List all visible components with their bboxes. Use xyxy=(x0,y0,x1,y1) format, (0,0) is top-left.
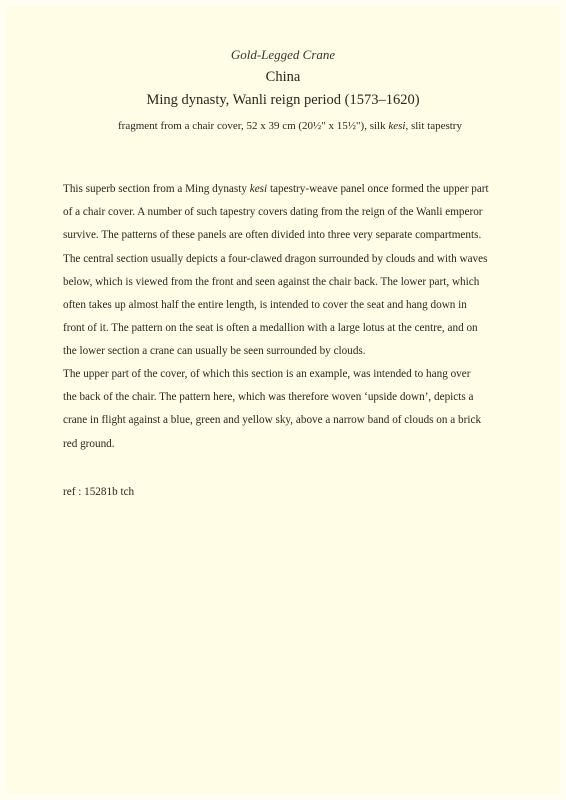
description-paragraph-1: This superb section from a Ming dynasty … xyxy=(63,178,523,364)
paragraph-line: survive. The patterns of these panels ar… xyxy=(63,224,523,247)
description-paragraph-2: The upper part of the cover, of which th… xyxy=(63,363,523,456)
paragraph-line: The central section usually depicts a fo… xyxy=(63,248,523,271)
line-text: This superb section from a Ming dynasty xyxy=(63,183,250,195)
object-specification: fragment from a chair cover, 52 x 39 cm … xyxy=(20,120,560,132)
paragraph-line: front of it. The pattern on the seat is … xyxy=(63,317,523,340)
paragraph-line: red ground. xyxy=(63,433,523,456)
paragraph-line: The upper part of the cover, of which th… xyxy=(63,363,523,386)
paragraph-line: often takes up almost half the entire le… xyxy=(63,294,523,317)
dynasty-period: Ming dynasty, Wanli reign period (1573–1… xyxy=(6,92,560,109)
paragraph-line: the lower section a crane can usually be… xyxy=(63,340,523,363)
line-text: tapestry-weave panel once formed the upp… xyxy=(267,183,488,195)
paragraph-line: This superb section from a Ming dynasty … xyxy=(63,178,523,201)
artwork-title: Gold-Legged Crane xyxy=(6,47,560,63)
reference-number: ref : 15281b tch xyxy=(63,486,134,498)
paragraph-line: the back of the chair. The pattern here,… xyxy=(63,386,523,409)
paragraph-line: crane in flight against a blue, green an… xyxy=(63,409,523,432)
paragraph-line: of a chair cover. A number of such tapes… xyxy=(63,201,523,224)
paragraph-line: below, which is viewed from the front an… xyxy=(63,271,523,294)
country-of-origin: China xyxy=(6,69,560,86)
spec-text-suffix: , slit tapestry xyxy=(405,120,462,132)
spec-text: fragment from a chair cover, 52 x 39 cm … xyxy=(118,120,388,132)
document-page: Gold-Legged Crane China Ming dynasty, Wa… xyxy=(6,6,560,794)
kesi-term: kesi xyxy=(250,183,267,195)
spec-kesi-term: kesi xyxy=(388,120,405,132)
